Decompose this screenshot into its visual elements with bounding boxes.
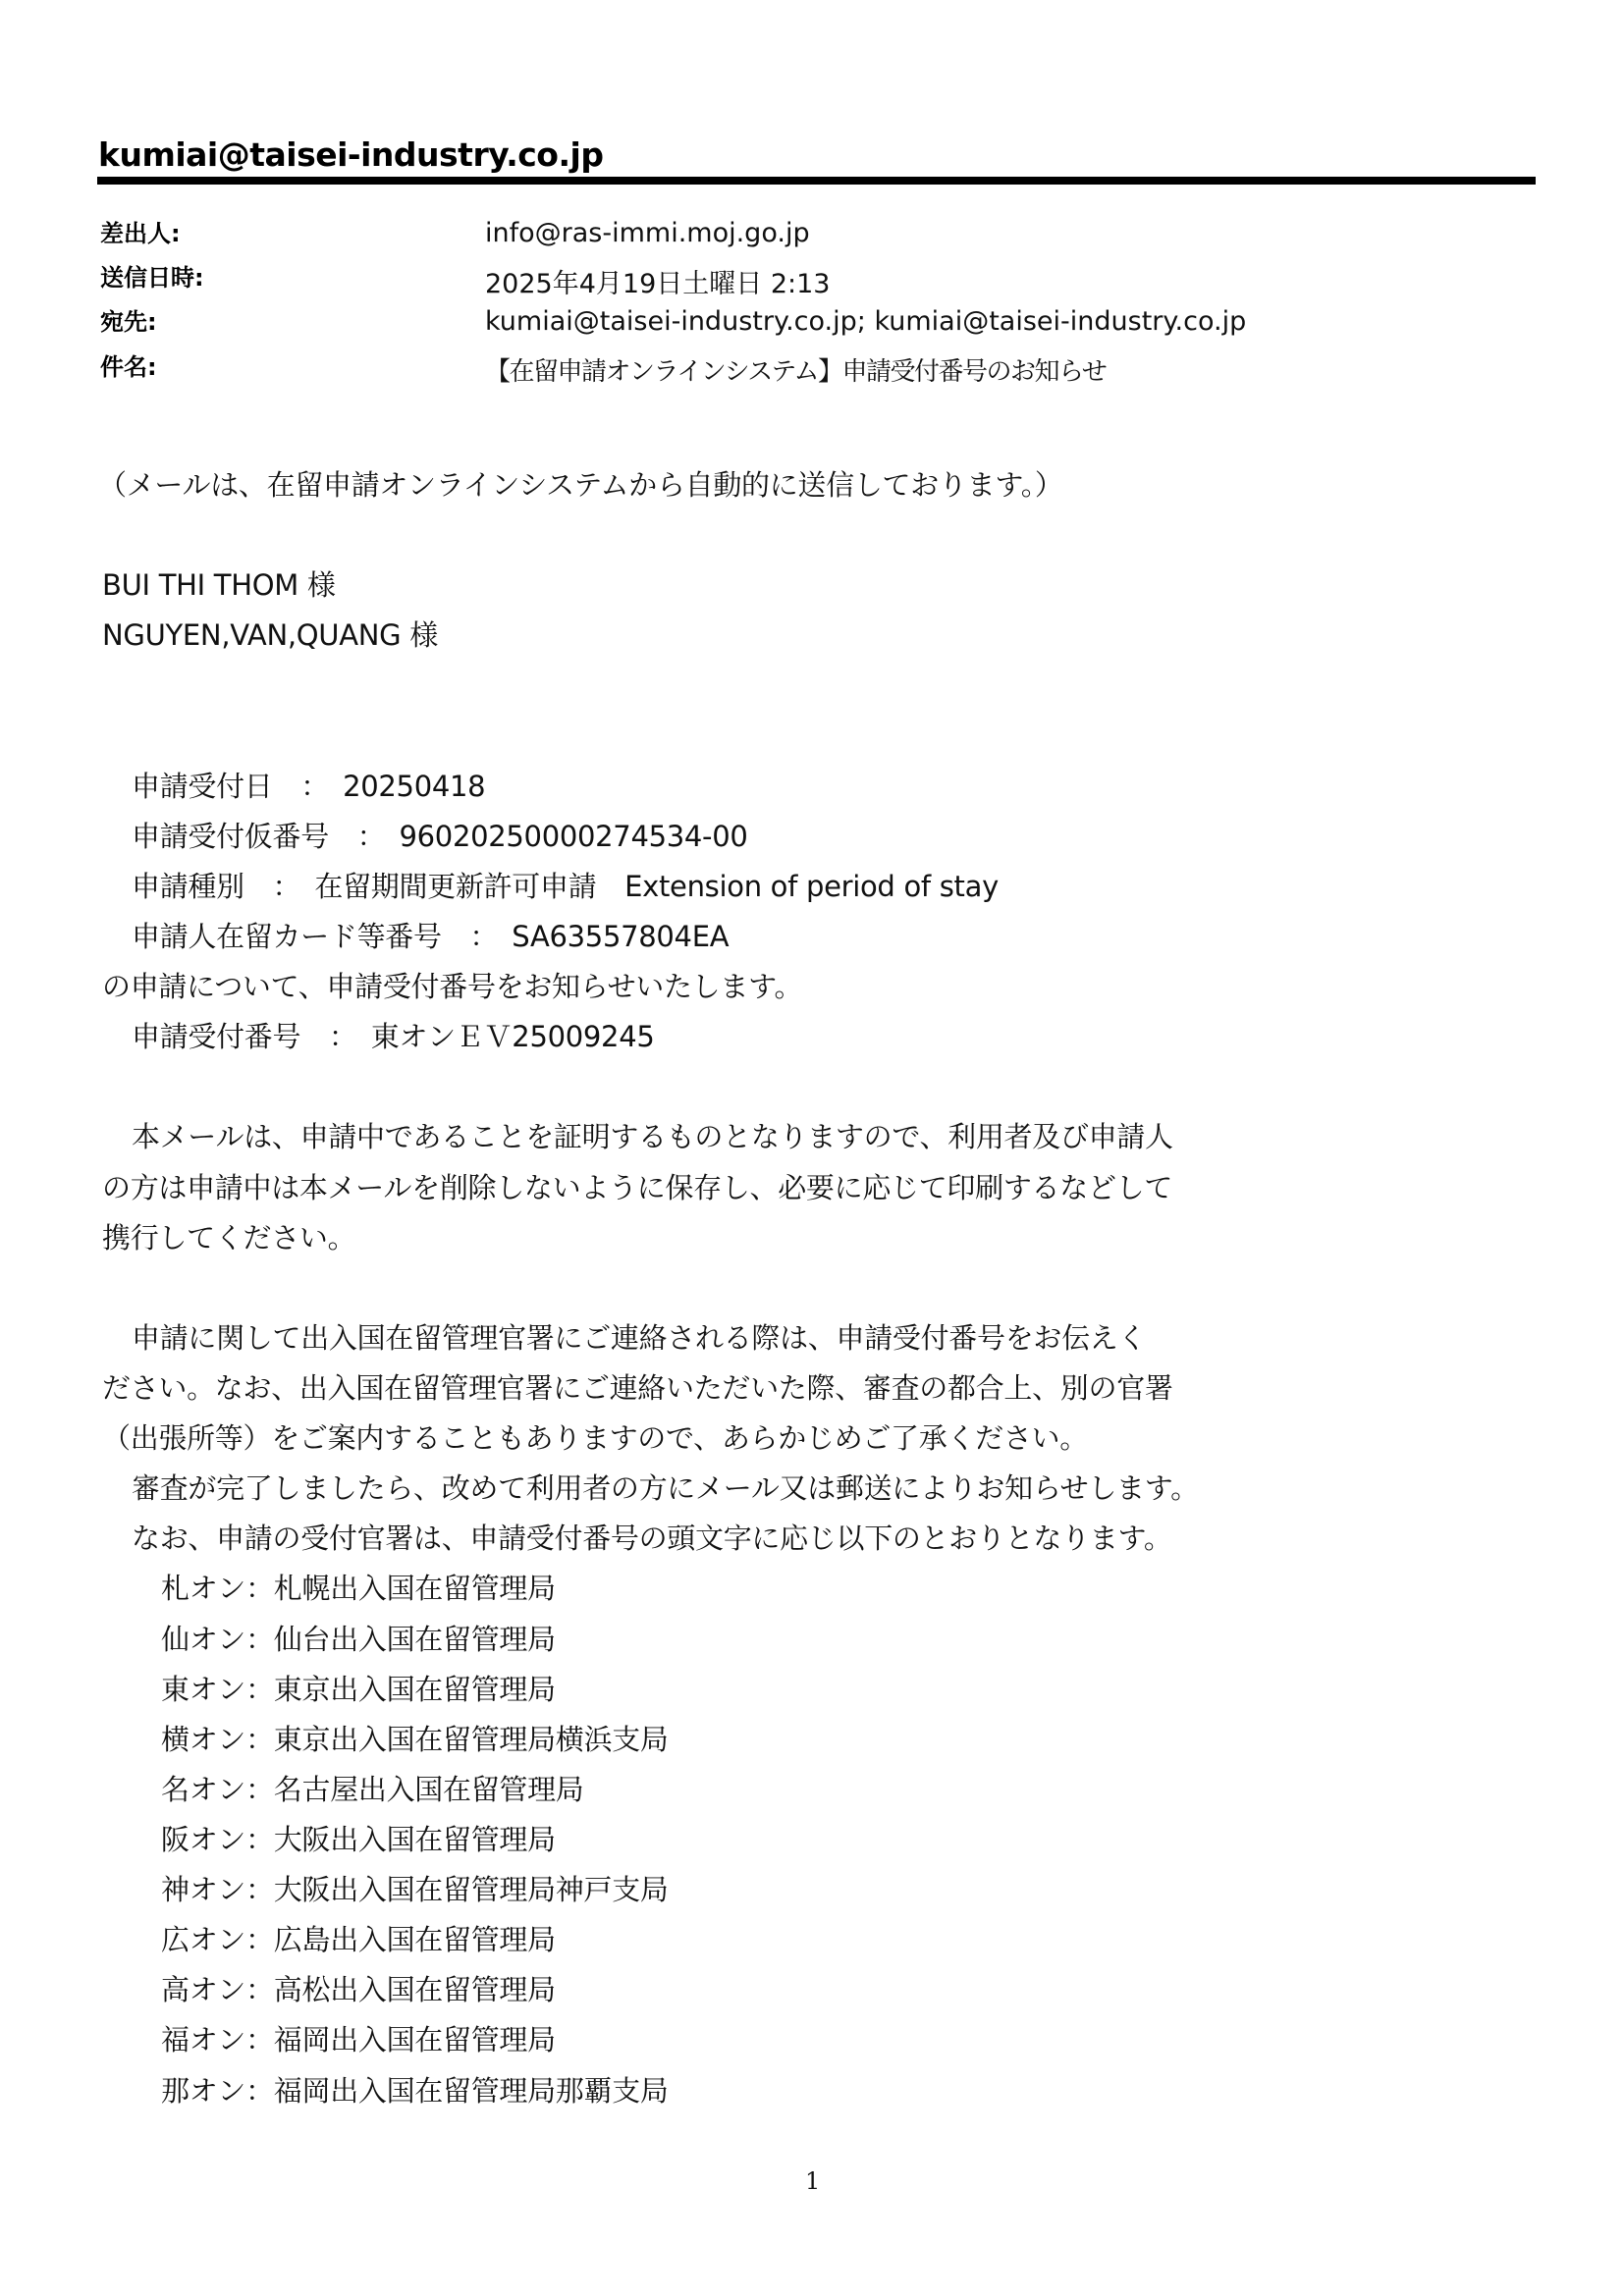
from-label: 差出人: (100, 214, 181, 248)
residence-card-number: 申請人在留カード等番号 ： SA63557804EA (132, 920, 729, 953)
mailbox-title: kumiai@taisei-industry.co.jp (98, 135, 603, 174)
receipt-number: 申請受付番号 ： 東オンＥＶ25009245 (132, 1020, 655, 1053)
office-item: 横オン：東京出入国在留管理局横浜支局 (161, 1723, 669, 1756)
paragraph-line: の方は申請中は本メールを削除しないように保存し、必要に応じて印刷するなどして (102, 1171, 1172, 1204)
recipient-name: NGUYEN,VAN,QUANG 様 (102, 618, 438, 652)
to-label: 宛先: (100, 302, 157, 337)
auto-send-notice: （メールは、在留申請オンラインシステムから自動的に送信しております。） (98, 468, 1063, 502)
office-item: 那オン：福岡出入国在留管理局那覇支局 (161, 2074, 669, 2108)
office-item: 福オン：福岡出入国在留管理局 (161, 2023, 556, 2056)
application-type: 申請種別 ： 在留期間更新許可申請 Extension of period of… (132, 870, 999, 903)
paragraph-line: 本メールは、申請中であることを証明するものとなりますので、利用者及び申請人 (132, 1120, 1173, 1153)
receipt-date: 申請受付日 ： 20250418 (132, 770, 485, 803)
provisional-receipt-number: 申請受付仮番号 ： 96020250000274534-00 (132, 820, 748, 853)
office-item: 阪オン：大阪出入国在留管理局 (161, 1823, 556, 1856)
paragraph-line: ださい。なお、出入国在留管理官署にご連絡いただいた際、審査の都合上、別の官署 (102, 1371, 1173, 1405)
office-item: 高オン：高松出入国在留管理局 (161, 1973, 556, 2006)
to-value: kumiai@taisei-industry.co.jp; kumiai@tai… (485, 306, 1246, 337)
office-item: 東オン：東京出入国在留管理局 (161, 1673, 556, 1706)
office-item: 札オン：札幌出入国在留管理局 (161, 1572, 556, 1605)
sent-value: 2025年4月19日土曜日 2:13 (485, 262, 830, 300)
notice-line: の申請について、申請受付番号をお知らせいたします。 (102, 970, 802, 1003)
office-item: 仙オン：仙台出入国在留管理局 (161, 1623, 556, 1656)
paragraph-line: 携行してください。 (102, 1221, 355, 1255)
subject-value: 【在留申請オンラインシステム】申請受付番号のお知らせ (485, 351, 1106, 388)
subject-label: 件名: (100, 347, 157, 382)
sent-label: 送信日時: (100, 258, 204, 293)
office-item: 神オン：大阪出入国在留管理局神戸支局 (161, 1873, 669, 1906)
office-item: 名オン：名古屋出入国在留管理局 (161, 1773, 584, 1806)
paragraph-line: （出張所等）をご案内することもありますので、あらかじめご了承ください。 (102, 1421, 1088, 1455)
from-value: info@ras-immi.moj.go.jp (485, 218, 810, 248)
meta-row-subject: 件名: 【在留申請オンラインシステム】申請受付番号のお知らせ (0, 369, 1624, 408)
header-divider (97, 177, 1536, 185)
recipient-name: BUI THI THOM 様 (102, 568, 336, 602)
office-item: 広オン：広島出入国在留管理局 (161, 1923, 556, 1956)
page-number: 1 (805, 2167, 820, 2195)
paragraph-line: 審査が完了しましたら、改めて利用者の方にメール又は郵送によりお知らせします。 (132, 1471, 1199, 1505)
paragraph-line: 申請に関して出入国在留管理官署にご連絡される際は、申請受付番号をお伝えく (132, 1321, 1146, 1355)
paragraph-line: なお、申請の受付官署は、申請受付番号の頭文字に応じ以下のとおりとなります。 (132, 1522, 1172, 1555)
